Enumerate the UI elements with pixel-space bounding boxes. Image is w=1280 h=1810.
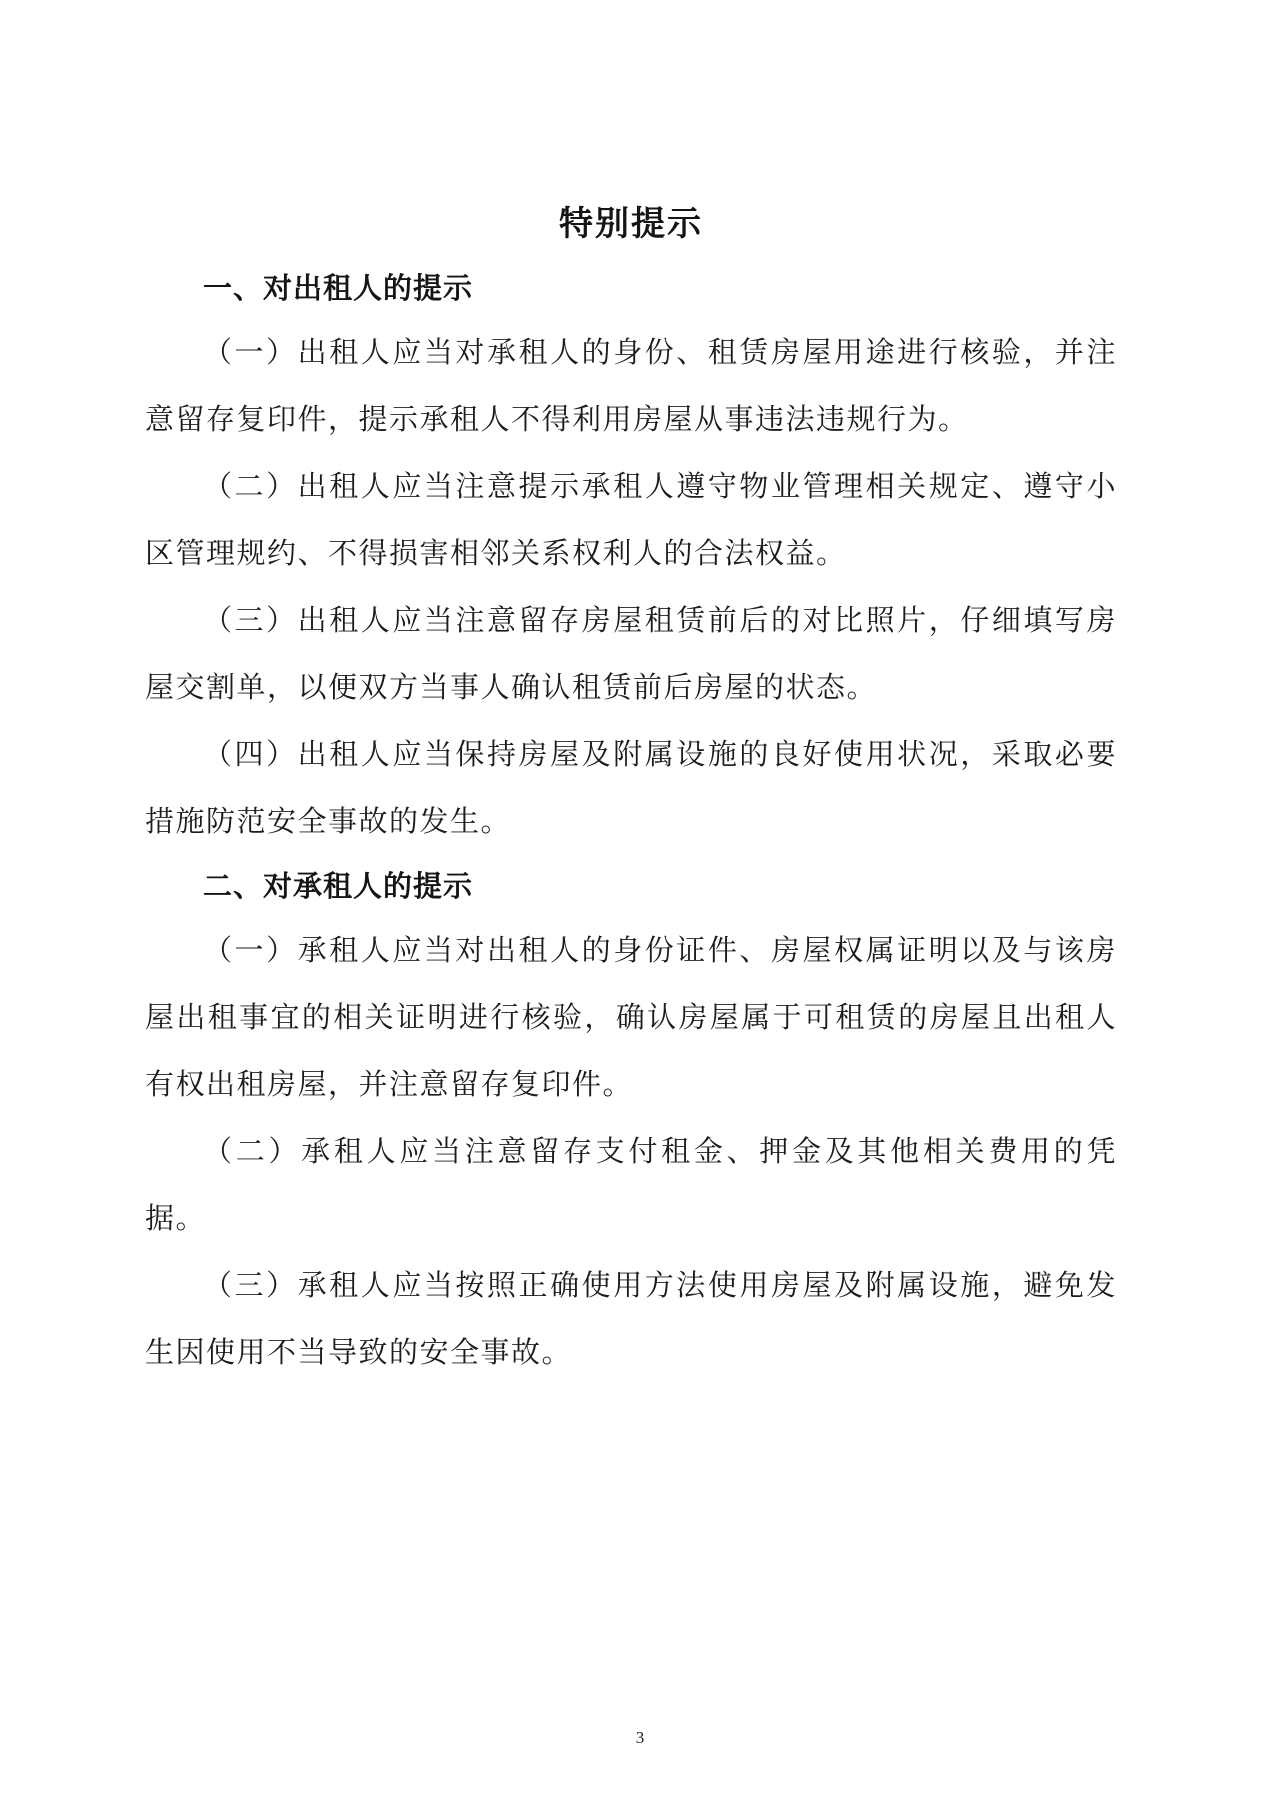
lessee-paragraph-2: （二）承租人应当注意留存支付租金、押金及其他相关费用的凭据。 [145, 1119, 1117, 1253]
page-number: 3 [0, 1728, 1280, 1748]
lessor-paragraph-2: （二）出租人应当注意提示承租人遵守物业管理相关规定、遵守小区管理规约、不得损害相… [145, 454, 1117, 588]
lessor-paragraph-1: （一）出租人应当对承租人的身份、租赁房屋用途进行核验，并注意留存复印件，提示承租… [145, 320, 1117, 454]
document-page: 特别提示 一、对出租人的提示 （一）出租人应当对承租人的身份、租赁房屋用途进行核… [0, 0, 1280, 1810]
section-lessor-heading: 一、对出租人的提示 [145, 258, 1117, 320]
document-content: 特别提示 一、对出租人的提示 （一）出租人应当对承租人的身份、租赁房屋用途进行核… [145, 198, 1117, 1387]
section-lessee-heading: 二、对承租人的提示 [145, 856, 1117, 918]
lessee-paragraph-1: （一）承租人应当对出租人的身份证件、房屋权属证明以及与该房屋出租事宜的相关证明进… [145, 918, 1117, 1119]
lessor-paragraph-4: （四）出租人应当保持房屋及附属设施的良好使用状况，采取必要措施防范安全事故的发生… [145, 722, 1117, 856]
lessee-paragraph-3: （三）承租人应当按照正确使用方法使用房屋及附属设施，避免发生因使用不当导致的安全… [145, 1253, 1117, 1387]
lessor-paragraph-3: （三）出租人应当注意留存房屋租赁前后的对比照片，仔细填写房屋交割单，以便双方当事… [145, 588, 1117, 722]
document-title: 特别提示 [145, 198, 1117, 250]
